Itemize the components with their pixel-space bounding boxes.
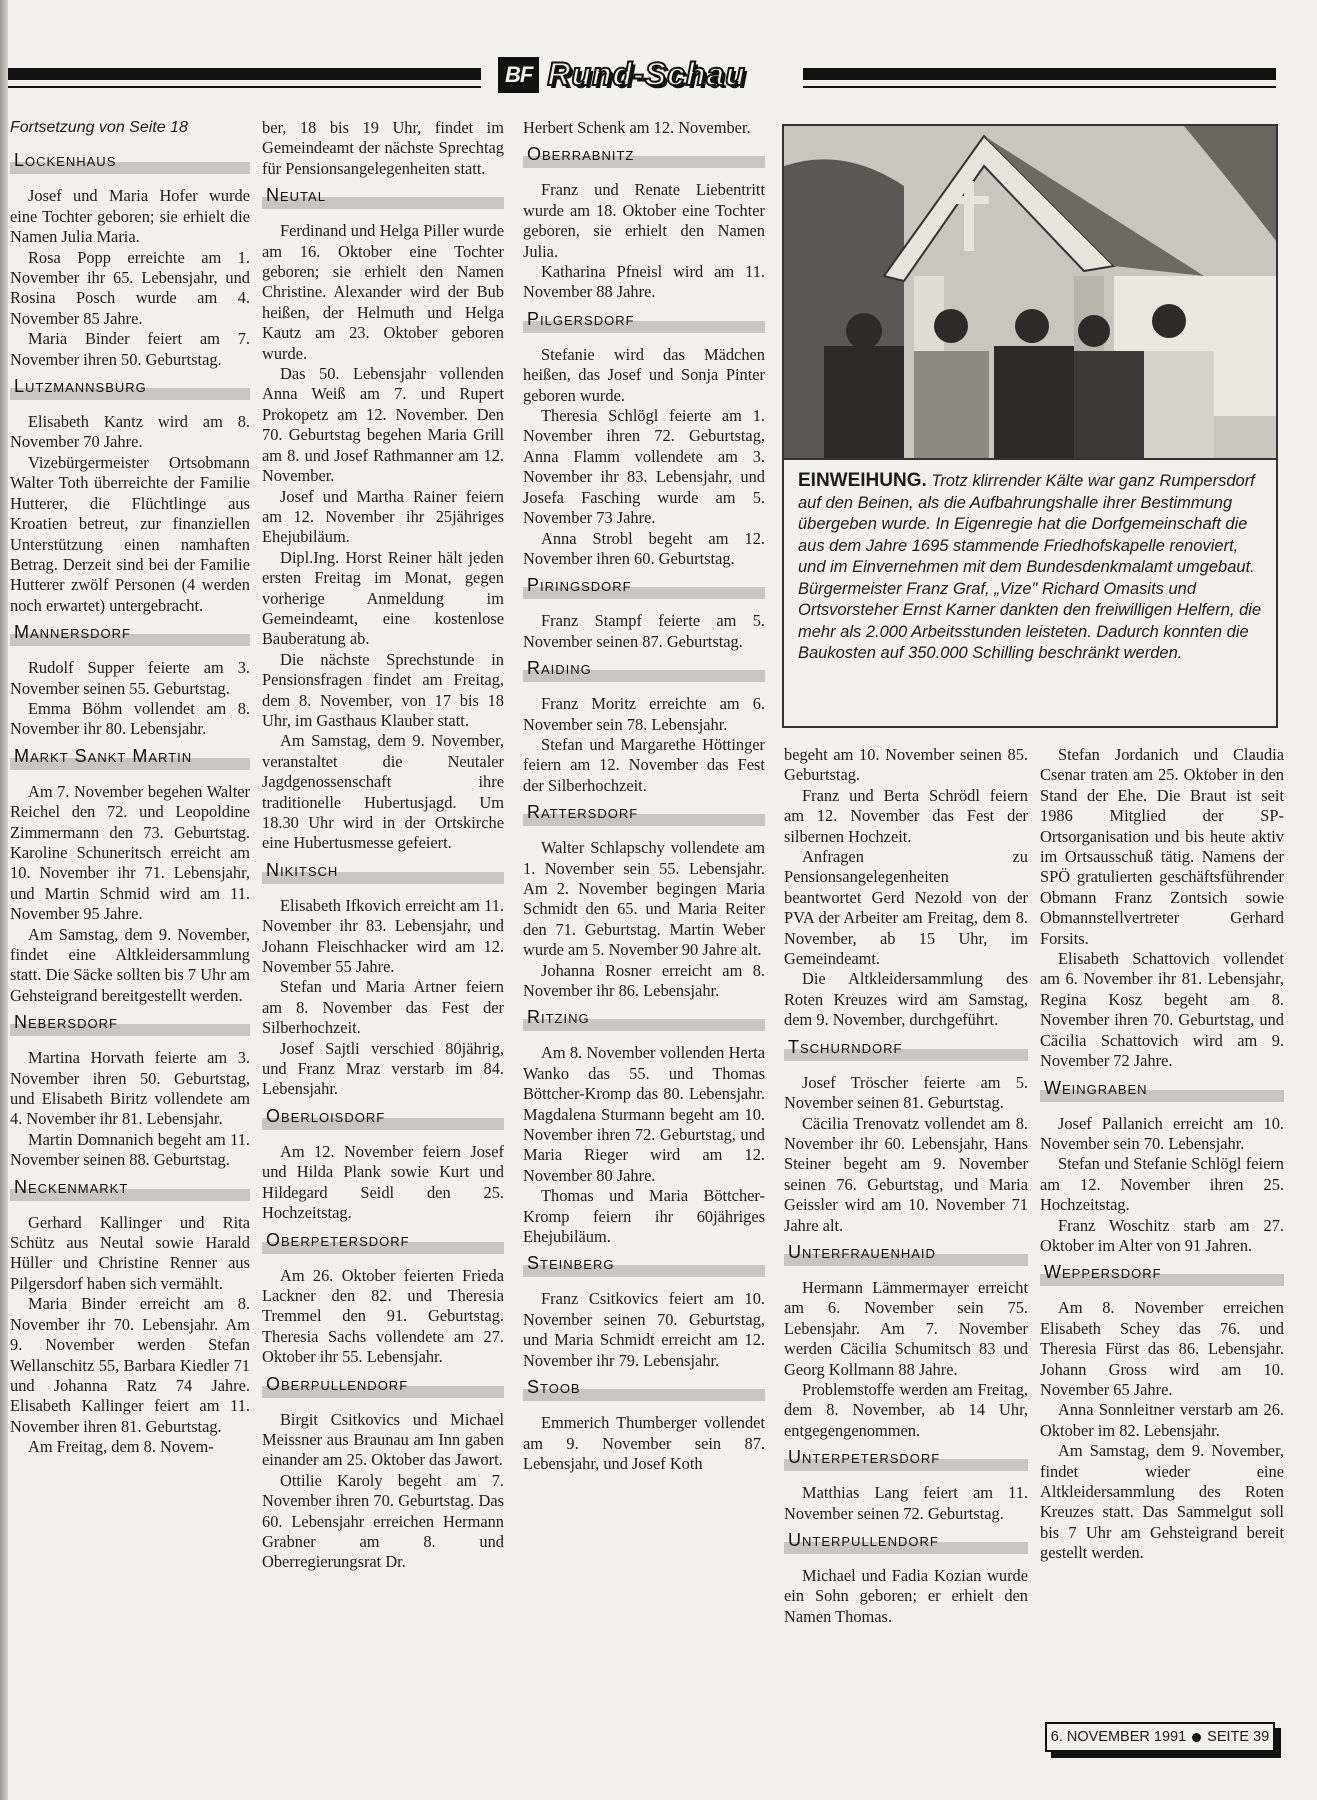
chapel-photo-image (784, 126, 1278, 460)
section-heading: Oberpetersdorf (262, 1230, 504, 1256)
column-3: Herbert Schenk am 12. November.Oberrabni… (523, 118, 765, 1474)
section-heading: Neckenmarkt (10, 1177, 250, 1203)
paragraph: Franz Woschitz starb am 27. Oktober im A… (1040, 1216, 1284, 1257)
column-5-content: Stefan Jordanich und Claudia Csenar trat… (1040, 745, 1284, 1564)
heading-text: Rattersdorf (523, 802, 638, 822)
news-photo (782, 124, 1278, 460)
paragraph: Franz Stampf feierte am 5. November sein… (523, 611, 765, 652)
paragraph: Am Samstag, dem 9. November, findet wied… (1040, 1441, 1284, 1563)
heading-text: Lockenhaus (10, 150, 116, 170)
section-heading: Neutal (262, 185, 504, 211)
column-2: ber, 18 bis 19 Uhr, findet im Gemeindeam… (262, 118, 504, 1573)
paragraph: Stefanie wird das Mädchen heißen, das Jo… (523, 345, 765, 406)
paragraph: Theresia Schlögl feierte am 1. November … (523, 406, 765, 528)
paragraph: Emmerich Thumberger vollendet am 9. Nove… (523, 1413, 765, 1474)
paragraph: Josef Pallanich erreicht am 10. November… (1040, 1114, 1284, 1155)
page-number: SEITE 39 (1207, 1729, 1269, 1745)
heading-text: Tschurndorf (784, 1037, 902, 1057)
heading-text: Steinberg (523, 1253, 614, 1273)
paragraph: Stefan und Margarethe Höttinger feiern a… (523, 735, 765, 796)
heading-text: Stoob (523, 1377, 581, 1397)
paragraph: Am Samstag, dem 9. November, veranstalte… (262, 731, 504, 853)
section-title: Rund-Schau (547, 56, 745, 93)
paragraph: Am 7. November begehen Walter Reichel de… (10, 782, 250, 925)
paragraph: Maria Binder erreicht am 8. November ihr… (10, 1294, 250, 1437)
heading-text: Piringsdorf (523, 575, 632, 595)
continued-paragraph: ber, 18 bis 19 Uhr, findet im Gemeindeam… (262, 118, 504, 179)
paragraph: Maria Binder feiert am 7. November ihren… (10, 329, 250, 370)
heading-text: Markt Sankt Martin (10, 746, 192, 766)
paragraph: Problemstoffe werden am Freitag, dem 8. … (784, 1380, 1028, 1441)
paragraph: Anfragen zu Pensionsangelegenheiten bean… (784, 847, 1028, 969)
masthead-rule-right-thin (803, 86, 1276, 88)
section-logo: BF Rund-Schau (498, 56, 746, 93)
section-heading: Weppersdorf (1040, 1262, 1284, 1288)
paragraph: Walter Schlapschy vollendete am 1. Novem… (523, 838, 765, 960)
masthead-rule-left-thin (8, 86, 481, 88)
page-footer: 6. NOVEMBER 1991 SEITE 39 (1045, 1722, 1275, 1752)
column-4: begeht am 10. November seinen 85. Geburt… (784, 745, 1028, 1627)
heading-text: Pilgersdorf (523, 309, 635, 329)
paragraph: Am 26. Oktober feierten Frieda Lackner d… (262, 1266, 504, 1368)
column-2-content: ber, 18 bis 19 Uhr, findet im Gemeindeam… (262, 118, 504, 1573)
heading-text: Oberloisdorf (262, 1106, 385, 1126)
paragraph: Franz Csitkovics feiert am 10. November … (523, 1289, 765, 1371)
paragraph: Am 8. November erreichen Elisabeth Schey… (1040, 1298, 1284, 1400)
paragraph: Am Samstag, dem 9. November, findet eine… (10, 925, 250, 1007)
section-heading: Ritzing (523, 1007, 765, 1033)
heading-text: Unterpullendorf (784, 1530, 939, 1550)
paragraph: Emma Böhm vollendet am 8. November ihr 8… (10, 699, 250, 740)
paragraph: Thomas und Maria Böttcher-Kromp feiern i… (523, 1186, 765, 1247)
caption-lead: EINWEIHUNG. (798, 470, 927, 491)
paragraph: Am 8. November vollenden Herta Wanko das… (523, 1043, 765, 1186)
heading-text: Raiding (523, 658, 592, 678)
paragraph: Dipl.Ing. Horst Reiner hält jeden ersten… (262, 548, 504, 650)
paragraph: Die Altkleidersammlung des Roten Kreuzes… (784, 969, 1028, 1030)
paragraph: Martina Horvath feierte am 3. November i… (10, 1048, 250, 1130)
paragraph: Elisabeth Ifkovich erreicht am 11. Novem… (262, 896, 504, 978)
paragraph: Elisabeth Schattovich vollendet am 6. No… (1040, 949, 1284, 1071)
column-5: Stefan Jordanich und Claudia Csenar trat… (1040, 745, 1284, 1564)
section-heading: Piringsdorf (523, 575, 765, 601)
heading-text: Neckenmarkt (10, 1177, 128, 1197)
photo-caption: EINWEIHUNG. Trotz klirrender Kälte war g… (782, 458, 1278, 728)
heading-text: Nikitsch (262, 860, 338, 880)
paragraph: Josef Sajtli verschied 80jährig, und Fra… (262, 1039, 504, 1100)
section-heading: Weingraben (1040, 1078, 1284, 1104)
paragraph: Franz und Renate Liebentritt wurde am 18… (523, 180, 765, 262)
section-heading: Lockenhaus (10, 150, 250, 176)
paragraph: Vizebürgermeister Ortsobmann Walter Toth… (10, 453, 250, 616)
section-heading: Oberpullendorf (262, 1374, 504, 1400)
paragraph: Elisabeth Kantz wird am 8. November 70 J… (10, 412, 250, 453)
column-1-content: LockenhausJosef und Maria Hofer wurde ei… (10, 150, 250, 1457)
paragraph: Franz Moritz erreichte am 6. November se… (523, 694, 765, 735)
paragraph: Am 12. November feiern Josef und Hilda P… (262, 1142, 504, 1224)
continued-paragraph: begeht am 10. November seinen 85. Geburt… (784, 745, 1028, 786)
paragraph: Rosa Popp erreichte am 1. November ihr 6… (10, 248, 250, 330)
masthead-rule-right (803, 68, 1276, 80)
paragraph: Rudolf Supper feierte am 3. November sei… (10, 658, 250, 699)
section-heading: Tschurndorf (784, 1037, 1028, 1063)
page-binding-edge (0, 0, 8, 1800)
caption-text: Trotz klirrender Kälte war ganz Rumpersd… (798, 472, 1261, 662)
bullet-icon (1192, 1733, 1201, 1742)
section-heading: Rattersdorf (523, 802, 765, 828)
paragraph: Stefan Jordanich und Claudia Csenar trat… (1040, 745, 1284, 949)
paragraph: Ottilie Karoly begeht am 7. November ihr… (262, 1471, 504, 1573)
heading-text: Mannersdorf (10, 622, 131, 642)
paragraph: Michael und Fadia Kozian wurde ein Sohn … (784, 1566, 1028, 1627)
column-3-content: Herbert Schenk am 12. November.Oberrabni… (523, 118, 765, 1474)
section-heading: Nikitsch (262, 860, 504, 886)
section-heading: Unterfrauenhaid (784, 1242, 1028, 1268)
section-heading: Nebersdorf (10, 1012, 250, 1038)
heading-text: Nebersdorf (10, 1012, 118, 1032)
paragraph: Gerhard Kallinger und Rita Schütz aus Ne… (10, 1213, 250, 1295)
heading-text: Oberpullendorf (262, 1374, 408, 1394)
heading-text: Ritzing (523, 1007, 590, 1027)
paragraph: Cäcilia Trenovatz vollendet am 8. Novemb… (784, 1114, 1028, 1236)
masthead: BF Rund-Schau (8, 62, 1276, 102)
paragraph: Josef Tröscher feierte am 5. November se… (784, 1073, 1028, 1114)
masthead-rule-left (8, 68, 481, 80)
column-1: Fortsetzung von Seite 18 LockenhausJosef… (10, 118, 250, 1458)
paragraph: Anna Sonnleitner verstarb am 26. Oktober… (1040, 1400, 1284, 1441)
paragraph: Anna Strobl begeht am 12. November ihren… (523, 529, 765, 570)
section-heading: Unterpetersdorf (784, 1447, 1028, 1473)
paragraph: Johanna Rosner erreicht am 8. November i… (523, 961, 765, 1002)
paragraph: Josef und Maria Hofer wurde eine Tochter… (10, 186, 250, 247)
section-heading: Raiding (523, 658, 765, 684)
section-heading: Oberrabnitz (523, 144, 765, 170)
heading-text: Oberrabnitz (523, 144, 634, 164)
paragraph: Die nächste Sprechstunde in Pensionsfrag… (262, 650, 504, 732)
section-heading: Lutzmannsburg (10, 376, 250, 402)
section-heading: Markt Sankt Martin (10, 746, 250, 772)
section-heading: Oberloisdorf (262, 1106, 504, 1132)
paragraph: Franz und Berta Schrödl feiern am 12. No… (784, 786, 1028, 847)
section-heading: Steinberg (523, 1253, 765, 1279)
section-heading: Pilgersdorf (523, 309, 765, 335)
paragraph: Matthias Lang feiert am 11. November sei… (784, 1483, 1028, 1524)
section-heading: Unterpullendorf (784, 1530, 1028, 1556)
paragraph: Stefan und Stefanie Schlögl feiern am 12… (1040, 1154, 1284, 1215)
heading-text: Unterpetersdorf (784, 1447, 940, 1467)
paragraph: Ferdinand und Helga Piller wurde am 16. … (262, 221, 504, 364)
heading-text: Weppersdorf (1040, 1262, 1162, 1282)
heading-text: Oberpetersdorf (262, 1230, 410, 1250)
section-heading: Stoob (523, 1377, 765, 1403)
bf-logo-badge: BF (498, 57, 539, 93)
paragraph: Hermann Lämmermayer erreicht am 6. Novem… (784, 1278, 1028, 1380)
paragraph: Josef und Martha Rainer feiern am 12. No… (262, 487, 504, 548)
section-heading: Mannersdorf (10, 622, 250, 648)
continued-paragraph: Herbert Schenk am 12. November. (523, 118, 765, 138)
heading-text: Weingraben (1040, 1078, 1148, 1098)
paragraph: Birgit Csitkovics und Michael Meissner a… (262, 1410, 504, 1471)
paragraph: Katharina Pfneisl wird am 11. November 8… (523, 262, 765, 303)
paragraph: Stefan und Maria Artner feiern am 8. Nov… (262, 977, 504, 1038)
heading-text: Unterfrauenhaid (784, 1242, 936, 1262)
column-4-content: begeht am 10. November seinen 85. Geburt… (784, 745, 1028, 1627)
continued-from-note: Fortsetzung von Seite 18 (10, 118, 250, 138)
paragraph: Am Freitag, dem 8. Novem- (10, 1437, 250, 1457)
paragraph: Martin Domnanich begeht am 11. November … (10, 1130, 250, 1171)
issue-date: 6. NOVEMBER 1991 (1051, 1729, 1186, 1745)
heading-text: Lutzmannsburg (10, 376, 147, 396)
heading-text: Neutal (262, 185, 326, 205)
paragraph: Das 50. Lebensjahr vollenden Anna Weiß a… (262, 364, 504, 486)
